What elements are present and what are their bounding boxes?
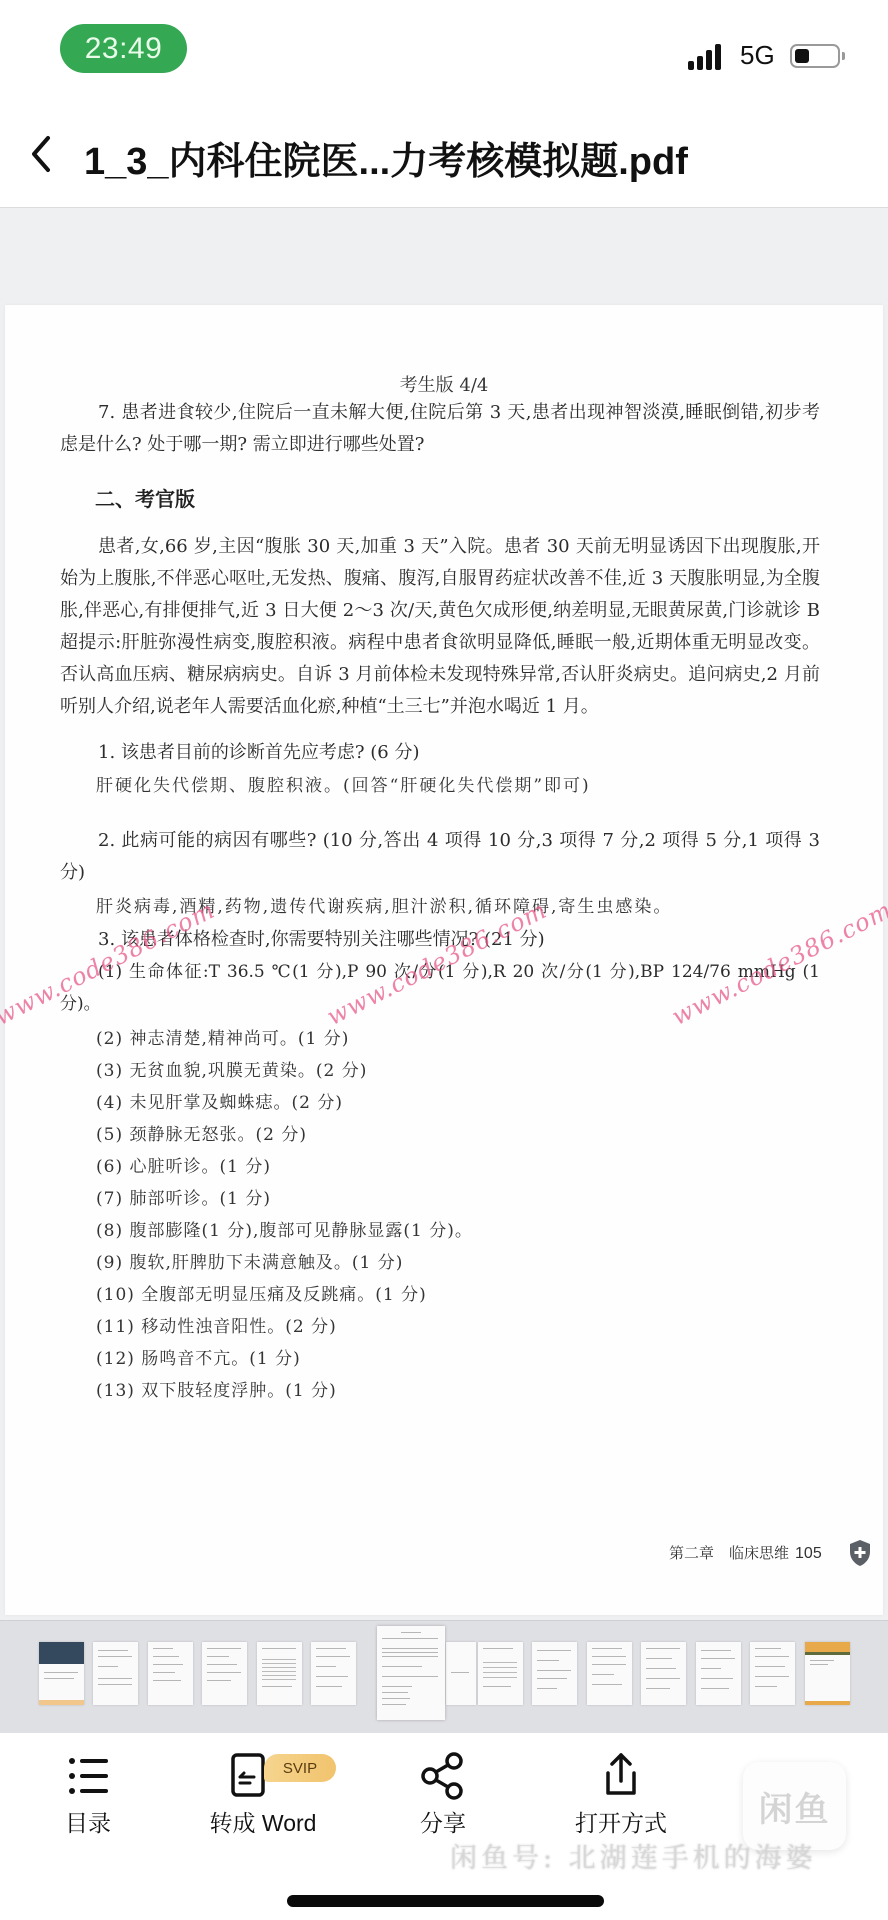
thumbnail-page[interactable] [311,1642,356,1705]
thumbnail-page[interactable] [641,1642,686,1705]
question-2: 2. 此病可能的病因有哪些? (10 分,答出 4 项得 10 分,3 项得 7… [60,825,820,889]
list-icon [63,1751,113,1801]
open-with-button[interactable]: 打开方式 [546,1733,696,1853]
q3-item: (9) 腹软,肝脾肋下未满意触及。(1 分) [96,1248,403,1273]
q3-item: (11) 移动性浊音阳性。(2 分) [96,1312,337,1337]
q3-item: (6) 心脏听诊。(1 分) [96,1152,271,1177]
answer-2: 肝炎病毒,酒精,药物,遗传代谢疾病,胆汁淤积,循环障碍,寄生虫感染。 [96,892,672,917]
footer-page-number: 105 [795,1545,822,1562]
thumbnail-page[interactable] [532,1642,577,1705]
convert-word-label: 转成 Word [188,1805,338,1838]
thumbnail-page[interactable] [202,1642,247,1705]
q3-item: (13) 双下肢轻度浮肿。(1 分) [96,1376,337,1401]
thumbnail-page[interactable] [446,1642,476,1705]
pdf-viewer[interactable]: 考生版 4/4 7. 患者进食较少,住院后一直未解大便,住院后第 3 天,患者出… [0,208,888,1620]
status-time: 23:49 [60,24,187,73]
q3-item: (3) 无贫血貌,巩膜无黄染。(2 分) [96,1056,367,1081]
question-7: 7. 患者进食较少,住院后一直未解大便,住院后第 3 天,患者出现神智淡漠,睡眠… [60,397,820,461]
thumbnail-page[interactable] [93,1642,138,1705]
chevron-left-icon[interactable] [26,132,56,176]
toc-button[interactable]: 目录 [13,1733,163,1853]
q3-item: (7) 肺部听诊。(1 分) [96,1184,271,1209]
share-label: 分享 [368,1805,518,1838]
question-3: 3. 该患者体格检查时,你需要特别关注哪些情况? (21 分) [60,924,820,956]
home-indicator[interactable] [287,1895,604,1907]
section-heading: 二、考官版 [95,483,195,512]
open-with-label: 打开方式 [546,1805,696,1838]
q3-item: (10) 全腹部无明显压痛及反跳痛。(1 分) [96,1280,427,1305]
toc-label: 目录 [13,1805,163,1838]
page-footer: 第二章 临床思维105 [669,1542,822,1563]
answer-1: 肝硬化失代偿期、腹腔积液。(回答“肝硬化失代偿期”即可) [96,771,591,796]
thumbnail-page[interactable] [696,1642,741,1705]
convert-word-button[interactable]: 转成 Word [188,1733,338,1853]
footer-chapter: 第二章 临床思维 [669,1544,789,1562]
thumbnail-page-current[interactable] [377,1626,445,1720]
svip-badge: SVIP [264,1754,336,1782]
q3-item: (8) 腹部膨隆(1 分),腹部可见静脉显露(1 分)。 [96,1216,473,1241]
page-header: 考生版 4/4 [5,371,883,397]
nav-bar: 1_3_内科住院医...力考核模拟题.pdf [0,100,888,208]
network-type: 5G [740,40,775,71]
thumbnail-page[interactable] [805,1642,850,1705]
q3-item: (5) 颈静脉无怒张。(2 分) [96,1120,307,1145]
thumbnail-page[interactable] [750,1642,795,1705]
q3-item: (2) 神志清楚,精神尚可。(1 分) [96,1024,349,1049]
question-1: 1. 该患者目前的诊断首先应考虑? (6 分) [60,737,820,769]
q3-item: (4) 未见肝掌及蜘蛛痣。(2 分) [96,1088,343,1113]
share-button[interactable]: 分享 [368,1733,518,1853]
share-icon [418,1751,468,1801]
cellular-signal-icon [688,44,724,70]
upload-icon [596,1751,646,1801]
thumbnail-strip[interactable] [0,1620,888,1733]
thumbnail-page[interactable] [257,1642,302,1705]
q3-item: (12) 肠鸣音不亢。(1 分) [96,1344,301,1369]
battery-icon [790,44,840,68]
pdf-page: 考生版 4/4 7. 患者进食较少,住院后一直未解大便,住院后第 3 天,患者出… [5,305,883,1615]
document-title: 1_3_内科住院医...力考核模拟题.pdf [84,130,688,185]
thumbnail-page[interactable] [39,1642,84,1705]
status-bar: 23:49 5G [0,0,888,100]
thumbnail-page[interactable] [587,1642,632,1705]
q3-item: (1) 生命体征:T 36.5 ℃(1 分),P 90 次/分(1 分),R 2… [60,956,820,1020]
shield-plus-icon [848,1539,872,1567]
overlay-watermark: 闲鱼号: 北湖莲手机的海婆 [450,1836,817,1875]
thumbnail-page[interactable] [478,1642,523,1705]
thumbnail-page[interactable] [148,1642,193,1705]
case-description: 患者,女,66 岁,主因“腹胀 30 天,加重 3 天”入院。患者 30 天前无… [60,531,820,723]
